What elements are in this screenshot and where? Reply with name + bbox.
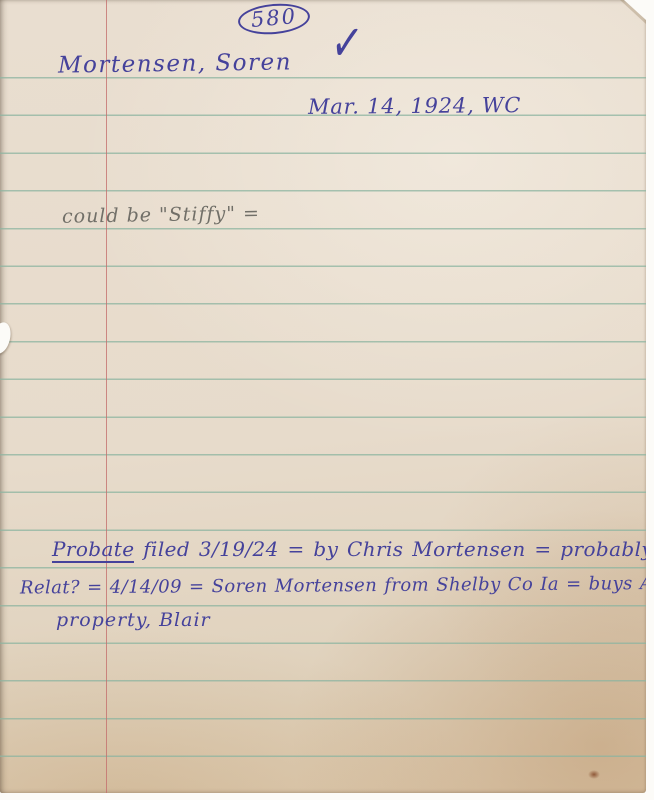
relation-note-line2: property, Blair: [56, 609, 211, 631]
paper-sheet: 580 ✓ Mortensen, Soren Mar. 14, 1924, WC…: [0, 0, 646, 793]
page-number-badge: 580: [237, 1, 311, 37]
red-margin-line: [106, 0, 107, 793]
scanned-notebook-page: 580 ✓ Mortensen, Soren Mar. 14, 1924, WC…: [0, 0, 654, 800]
probate-underlined-word: Probate: [52, 537, 134, 563]
ruled-lines: [0, 77, 646, 793]
pencil-note: could be "Stiffy" =: [62, 202, 260, 227]
relation-note-line1: Relat? = 4/14/09 = Soren Mortensen from …: [20, 573, 646, 599]
probate-note-text: filed 3/19/24 = by Chris Mortensen = pro…: [134, 537, 646, 561]
date-entry: Mar. 14, 1924, WC: [308, 93, 521, 119]
checkmark-icon: ✓: [328, 11, 365, 75]
probate-note: Probate filed 3/19/24 = by Chris Mortens…: [52, 537, 646, 565]
name-heading: Mortensen, Soren: [58, 49, 292, 78]
ink-stain: [588, 770, 600, 779]
folded-corner: [624, 0, 646, 20]
